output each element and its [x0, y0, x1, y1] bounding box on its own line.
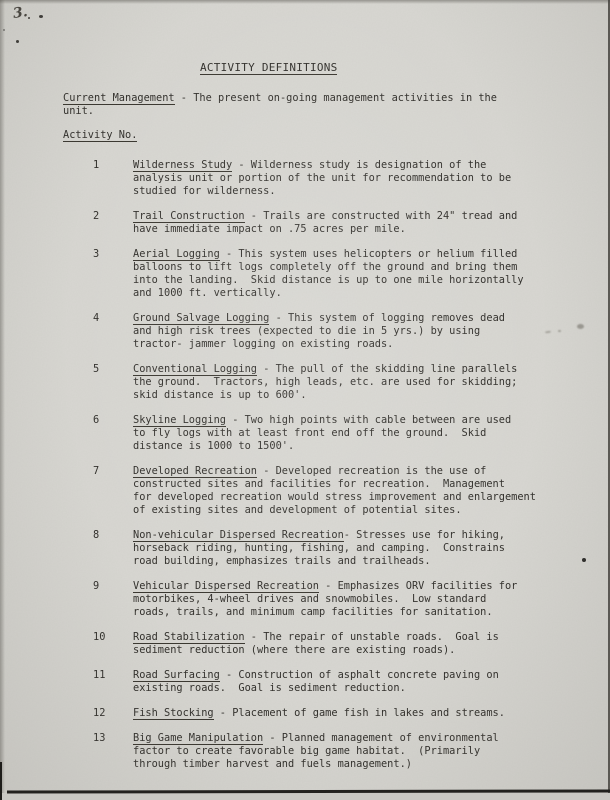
activity-number: 9 — [93, 580, 133, 619]
activity-text: Conventional Logging - The pull of the s… — [133, 363, 573, 402]
document-page: 3. ACTIVITY DEFINITIONS Current Manageme… — [0, 0, 610, 800]
activity-term: Ground Salvage Logging — [133, 312, 269, 325]
activity-text: Big Game Manipulation - Planned manageme… — [133, 732, 573, 771]
list-heading: Activity No. — [63, 129, 137, 142]
activity-term: Vehicular Dispersed Recreation — [133, 580, 319, 593]
activity-definition: - Placement of game fish in lakes and st… — [214, 707, 505, 719]
activity-number: 3 — [93, 248, 133, 300]
activity-number: 8 — [93, 529, 133, 568]
activity-text: Vehicular Dispersed Recreation - Emphasi… — [133, 580, 573, 619]
activity-number: 11 — [93, 669, 133, 695]
page-title: ACTIVITY DEFINITIONS — [200, 61, 337, 75]
activity-term: Fish Stocking — [133, 707, 214, 720]
activity-number: 2 — [93, 210, 133, 236]
activity-number: 6 — [93, 414, 133, 453]
activity-text: Road Stabilization - The repair of unsta… — [133, 631, 573, 657]
activity-text: Wilderness Study - Wilderness study is d… — [133, 159, 573, 198]
scan-edge-corner — [0, 762, 2, 800]
ink-dot — [582, 558, 586, 562]
activity-number: 1 — [93, 159, 133, 198]
activity-item: 11Road Surfacing - Construction of aspha… — [93, 669, 573, 695]
activity-term: Big Game Manipulation — [133, 732, 263, 745]
handwritten-page-number: 3. — [12, 4, 29, 22]
intro-paragraph: Current Management - The present on-goin… — [63, 92, 583, 118]
activity-text: Non-vehicular Dispersed Recreation- Stre… — [133, 529, 573, 568]
activity-item: 6Skyline Logging - Two high points with … — [93, 414, 573, 453]
activity-number: 12 — [93, 707, 133, 720]
activity-text: Ground Salvage Logging - This system of … — [133, 312, 573, 351]
activity-item: 7Developed Recreation - Developed recrea… — [93, 465, 573, 517]
activity-term: Skyline Logging — [133, 414, 226, 427]
scan-edge-top — [0, 0, 610, 4]
activity-text: Developed Recreation - Developed recreat… — [133, 465, 573, 517]
ink-dot — [28, 17, 30, 19]
activity-number: 4 — [93, 312, 133, 351]
activity-term: Non-vehicular Dispersed Recreation — [133, 529, 344, 542]
activity-term: Road Surfacing — [133, 669, 220, 682]
activity-item: 1Wilderness Study - Wilderness study is … — [93, 159, 573, 198]
activity-term: Wilderness Study — [133, 159, 232, 172]
activity-text: Road Surfacing - Construction of asphalt… — [133, 669, 573, 695]
activity-term: Developed Recreation — [133, 465, 257, 478]
activity-text: Skyline Logging - Two high points with c… — [133, 414, 573, 453]
activity-list: 1Wilderness Study - Wilderness study is … — [93, 159, 573, 783]
activity-number: 13 — [93, 732, 133, 771]
activity-item: 4Ground Salvage Logging - This system of… — [93, 312, 573, 351]
activity-item: 3Aerial Logging - This system uses helic… — [93, 248, 573, 300]
scan-background-strip — [0, 793, 610, 800]
activity-text: Aerial Logging - This system uses helico… — [133, 248, 573, 300]
activity-text: Fish Stocking - Placement of game fish i… — [133, 707, 573, 720]
ink-dot — [16, 40, 19, 43]
activity-number: 7 — [93, 465, 133, 517]
list-heading-label: Activity No. — [63, 129, 137, 142]
activity-item: 13Big Game Manipulation - Planned manage… — [93, 732, 573, 771]
activity-number: 10 — [93, 631, 133, 657]
ink-dot — [39, 15, 43, 18]
activity-item: 5Conventional Logging - The pull of the … — [93, 363, 573, 402]
activity-term: Aerial Logging — [133, 248, 220, 261]
activity-term: Conventional Logging — [133, 363, 257, 376]
activity-term: Road Stabilization — [133, 631, 245, 644]
activity-item: 2Trail Construction - Trails are constru… — [93, 210, 573, 236]
intro-term: Current Management — [63, 92, 175, 105]
activity-item: 10Road Stabilization - The repair of uns… — [93, 631, 573, 657]
activity-text: Trail Construction - Trails are construc… — [133, 210, 573, 236]
activity-item: 12Fish Stocking - Placement of game fish… — [93, 707, 573, 720]
activity-item: 8Non-vehicular Dispersed Recreation- Str… — [93, 529, 573, 568]
activity-term: Trail Construction — [133, 210, 245, 223]
activity-number: 5 — [93, 363, 133, 402]
activity-item: 9Vehicular Dispersed Recreation - Emphas… — [93, 580, 573, 619]
scan-edge-left — [0, 0, 5, 800]
pencil-smudge — [577, 324, 584, 329]
